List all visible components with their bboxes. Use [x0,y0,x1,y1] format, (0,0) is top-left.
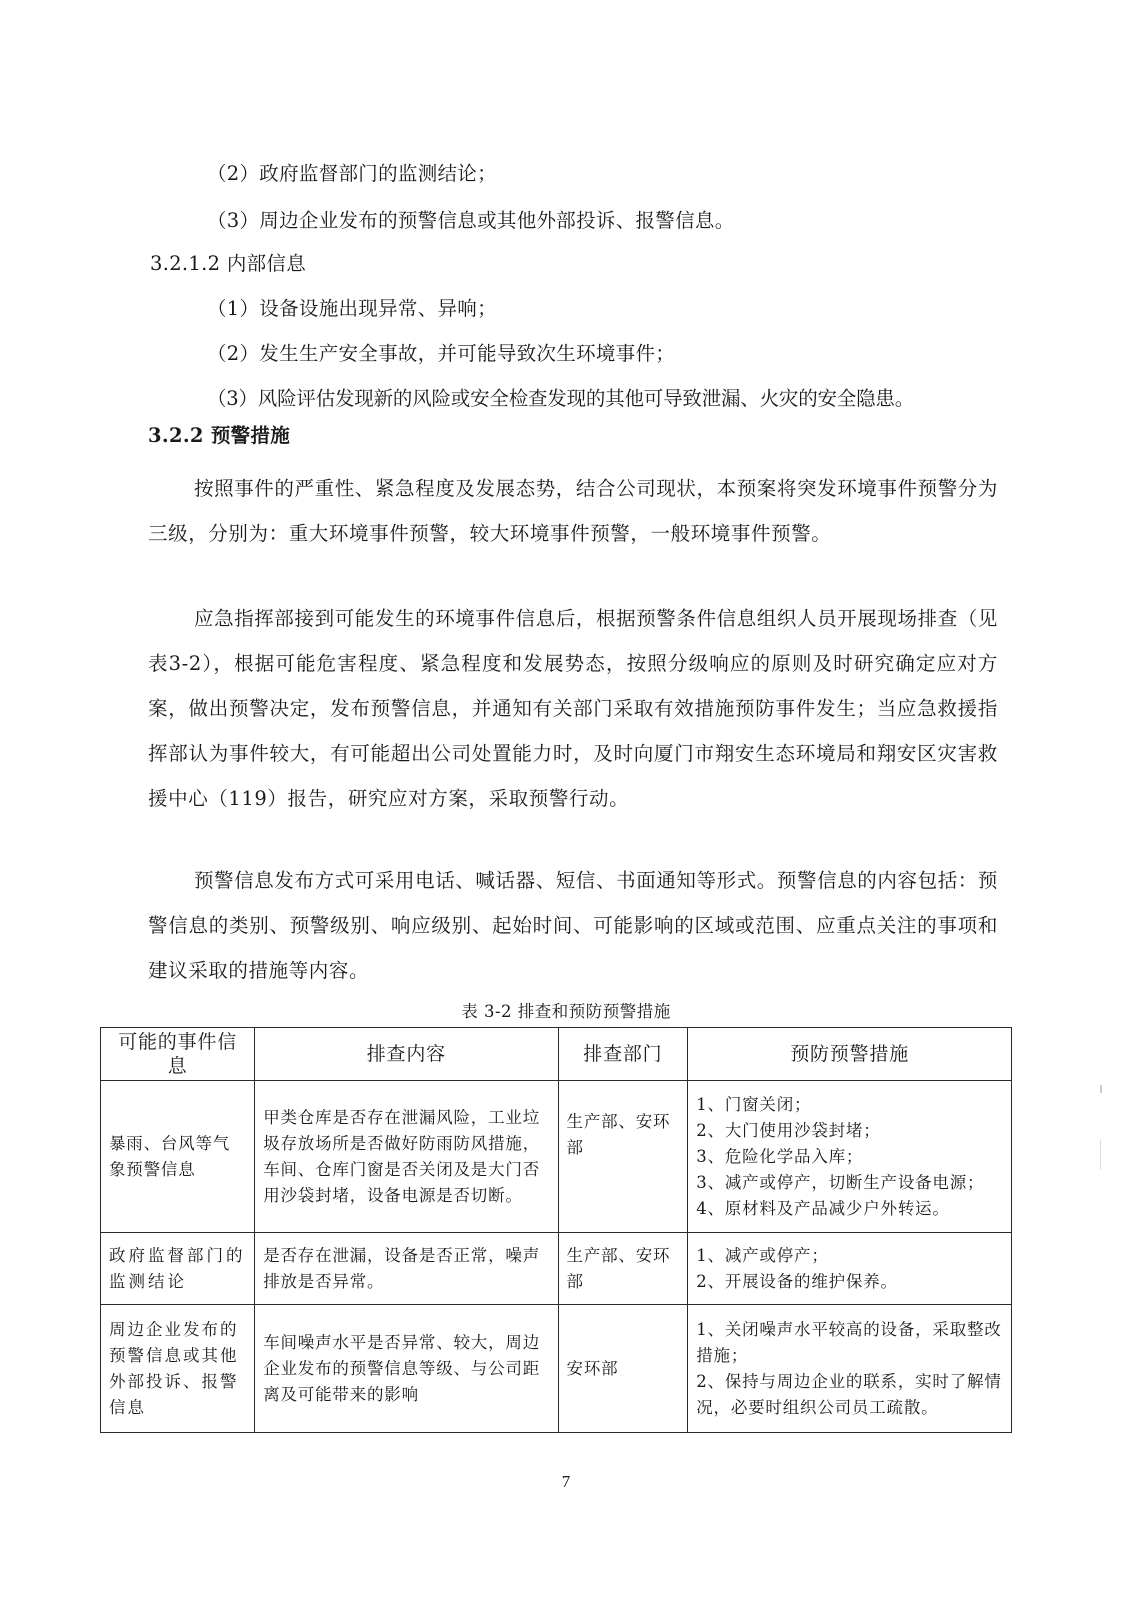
table-row: 政府监督部门的监测结论 是否存在泄漏，设备是否正常，噪声排放是否异常。 生产部、… [101,1233,1012,1305]
scan-artifact [1100,1085,1102,1093]
measure-item: 4、原材料及产品减少户外转运。 [696,1196,1003,1222]
page-number: 7 [0,1472,1132,1492]
list-item-internal-2: （2）发生生产安全事故，并可能导致次生环境事件； [207,340,675,368]
cell-department: 生产部、安环部 [558,1081,688,1233]
scan-artifact [1100,1140,1101,1170]
cell-department: 生产部、安环部 [558,1233,688,1305]
list-item-external-2: （2）政府监督部门的监测结论； [207,160,497,188]
header-prevention-measures: 预防预警措施 [688,1028,1012,1081]
table-header-row: 可能的事件信息 排查内容 排查部门 预防预警措施 [101,1028,1012,1081]
paragraph-text: 应急指挥部接到可能发生的环境事件信息后，根据预警条件信息组织人员开展现场排查（见… [148,607,998,810]
cell-event: 暴雨、台风等气象预警信息 [101,1081,255,1233]
paragraph-text: 按照事件的严重性、紧急程度及发展态势，结合公司现状，本预案将突发环境事件预警分为… [148,477,998,545]
measure-item: 2、开展设备的维护保养。 [696,1269,1003,1295]
cell-measures: 1、减产或停产； 2、开展设备的维护保养。 [688,1233,1012,1305]
paragraph-command-procedure: 应急指挥部接到可能发生的环境事件信息后，根据预警条件信息组织人员开展现场排查（见… [148,596,998,821]
measure-item: 2、保持与周边企业的联系，实时了解情况，必要时组织公司员工疏散。 [696,1369,1003,1421]
section-heading-warning-measures: 3.2.2 预警措施 [148,422,290,450]
cell-inspection: 车间噪声水平是否异常、较大，周边企业发布的预警信息等级、与公司距离及可能带来的影… [255,1305,558,1433]
list-item-external-3: （3）周边企业发布的预警信息或其他外部投诉、报警信息。 [207,207,735,235]
measure-item: 2、大门使用沙袋封堵； [696,1118,1003,1144]
table-caption: 表 3-2 排查和预防预警措施 [0,1000,1132,1024]
measure-item: 3、危险化学品入库； [696,1144,1003,1170]
header-inspection-department: 排查部门 [558,1028,688,1081]
cell-department: 安环部 [558,1305,688,1433]
measure-item: 1、门窗关闭； [696,1092,1003,1118]
header-inspection-content: 排查内容 [255,1028,558,1081]
cell-event: 政府监督部门的监测结论 [101,1233,255,1305]
document-page: （2）政府监督部门的监测结论； （3）周边企业发布的预警信息或其他外部投诉、报警… [0,0,1132,1600]
table-row: 周边企业发布的预警信息或其他外部投诉、报警信息 车间噪声水平是否异常、较大，周边… [101,1305,1012,1433]
list-item-internal-1: （1）设备设施出现异常、异响； [207,295,497,323]
measure-item: 3、减产或停产，切断生产设备电源； [696,1170,1003,1196]
paragraph-publish-method: 预警信息发布方式可采用电话、喊话器、短信、书面通知等形式。预警信息的内容包括：预… [148,858,998,993]
measure-item: 1、关闭噪声水平较高的设备，采取整改措施； [696,1317,1003,1369]
cell-event: 周边企业发布的预警信息或其他外部投诉、报警信息 [101,1305,255,1433]
cell-inspection: 是否存在泄漏，设备是否正常，噪声排放是否异常。 [255,1233,558,1305]
subheading-internal-info: 3.2.1.2 内部信息 [150,250,306,278]
list-item-internal-3: （3）风险评估发现新的风险或安全检查发现的其他可导致泄漏、火灾的安全隐患。 [207,385,914,413]
cell-measures: 1、关闭噪声水平较高的设备，采取整改措施； 2、保持与周边企业的联系，实时了解情… [688,1305,1012,1433]
paragraph-text: 预警信息发布方式可采用电话、喊话器、短信、书面通知等形式。预警信息的内容包括：预… [148,869,998,982]
table-row: 暴雨、台风等气象预警信息 甲类仓库是否存在泄漏风险，工业垃圾存放场所是否做好防雨… [101,1081,1012,1233]
measure-item: 1、减产或停产； [696,1243,1003,1269]
header-event-info: 可能的事件信息 [101,1028,255,1081]
cell-measures: 1、门窗关闭； 2、大门使用沙袋封堵； 3、危险化学品入库； 3、减产或停产，切… [688,1081,1012,1233]
cell-inspection: 甲类仓库是否存在泄漏风险，工业垃圾存放场所是否做好防雨防风措施，车间、仓库门窗是… [255,1081,558,1233]
inspection-warning-table: 可能的事件信息 排查内容 排查部门 预防预警措施 暴雨、台风等气象预警信息 甲类… [100,1027,1012,1433]
paragraph-warning-levels: 按照事件的严重性、紧急程度及发展态势，结合公司现状，本预案将突发环境事件预警分为… [148,466,998,556]
